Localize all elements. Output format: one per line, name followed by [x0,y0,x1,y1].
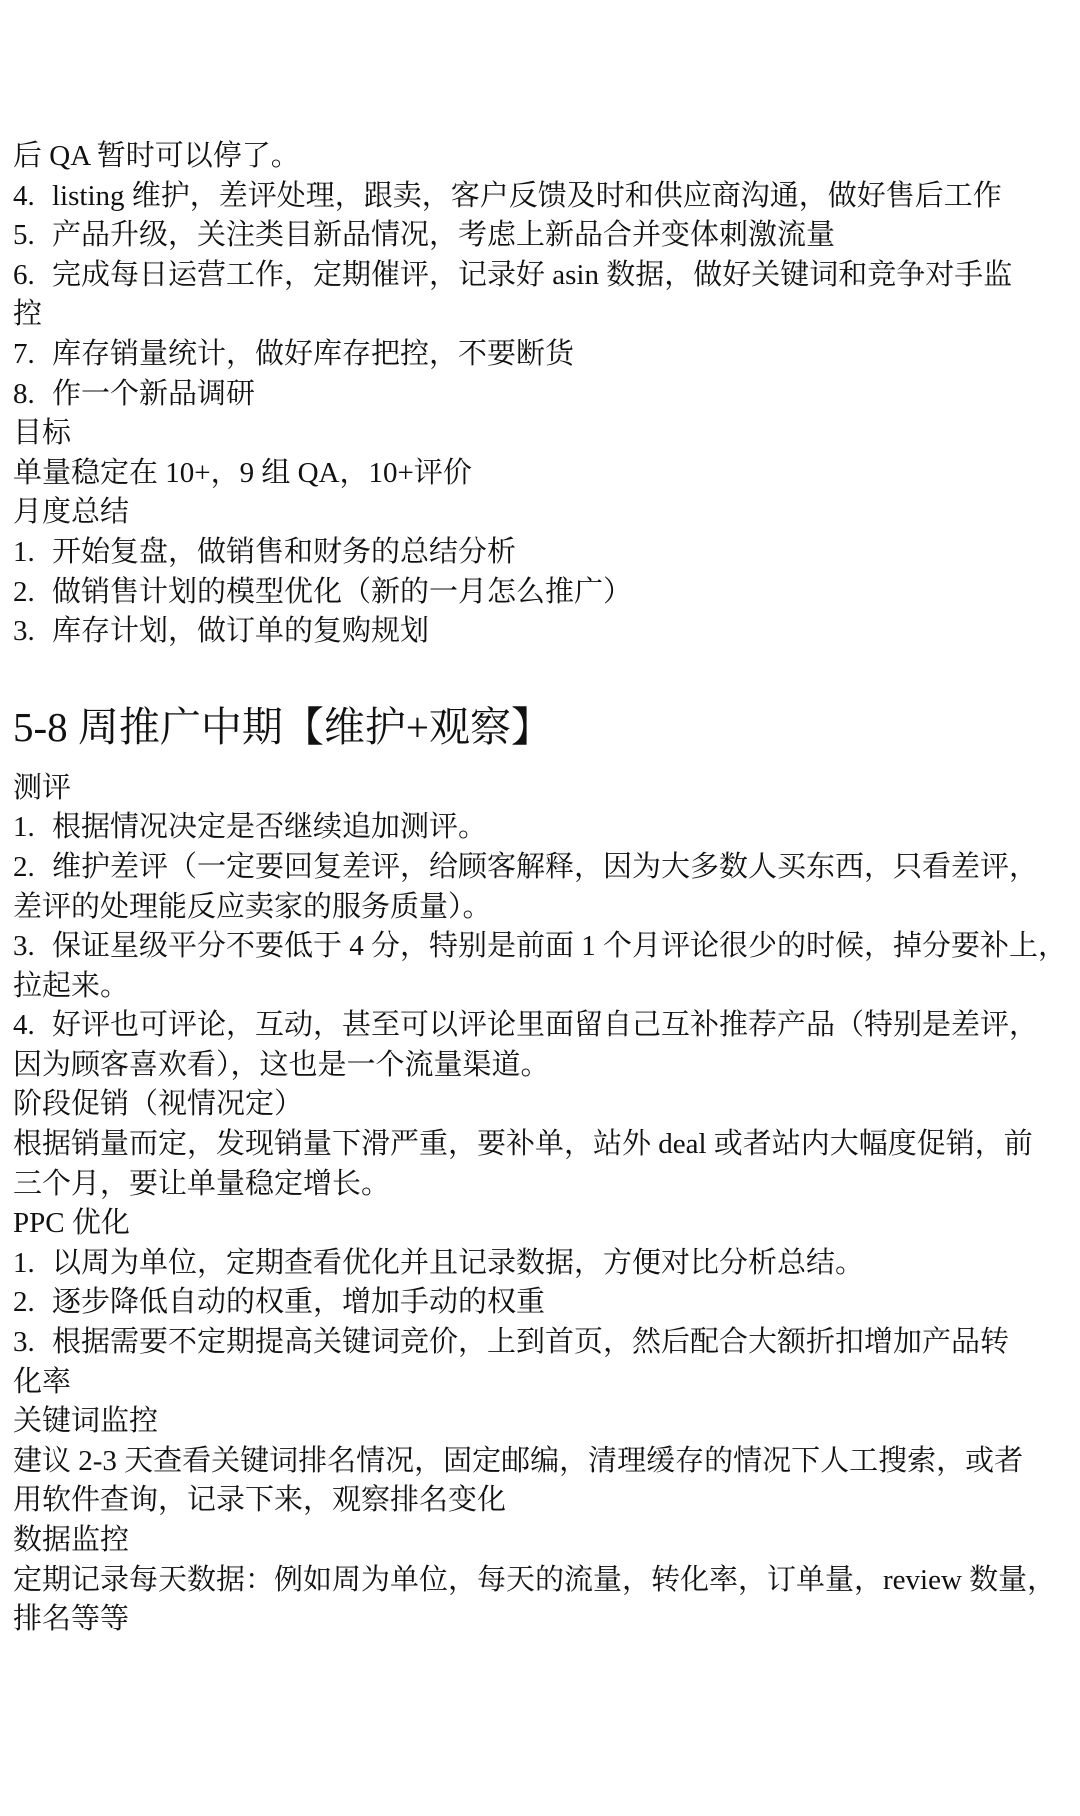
list-number: 2. [13,573,52,613]
list-item: 1.以周为单位，定期查看优化并且记录数据，方便对比分析总结。 [13,1244,1069,1284]
list-text: 根据需要不定期提高关键词竞价，上到首页，然后配合大额折扣增加产品转 [52,1326,1009,1358]
document-body: 后 QA 暂时可以停了。 4.listing 维护，差评处理，跟卖，客户反馈及时… [13,137,1069,1640]
list-item: 2.维护差评（一定要回复差评，给顾客解释，因为大多数人买东西，只看差评， [13,848,1069,888]
list-item-continuation: 差评的处理能反应卖家的服务质量）。 [13,888,1069,928]
list-item: 1.根据情况决定是否继续追加测评。 [13,808,1069,848]
paragraph-line: 建议 2-3 天查看关键词排名情况，固定邮编，清理缓存的情况下人工搜索，或者 [13,1442,1069,1482]
list-text: 完成每日运营工作，定期催评，记录好 asin 数据，做好关键词和竞争对手监 [52,259,1012,291]
list-number: 8. [13,375,52,415]
list-item: 3.根据需要不定期提高关键词竞价，上到首页，然后配合大额折扣增加产品转 [13,1323,1069,1363]
list-number: 4. [13,1006,52,1046]
subheading-keyword-monitoring: 关键词监控 [13,1402,1069,1442]
list-number: 5. [13,216,52,256]
list-item: 2.逐步降低自动的权重，增加手动的权重 [13,1283,1069,1323]
list-item: 7.库存销量统计，做好库存把控，不要断货 [13,335,1069,375]
section-weeks-1-4-continued: 后 QA 暂时可以停了。 4.listing 维护，差评处理，跟卖，客户反馈及时… [13,137,1069,652]
list-text: 维护差评（一定要回复差评，给顾客解释，因为大多数人买东西，只看差评， [52,851,1038,883]
list-text: 库存计划，做订单的复购规划 [52,615,429,647]
list-text: listing 维护，差评处理，跟卖，客户反馈及时和供应商沟通，做好售后工作 [52,180,1002,212]
list-number: 3. [13,1323,52,1363]
list-item: 3.保证星级平分不要低于 4 分，特别是前面 1 个月评论很少的时候，掉分要补上… [13,927,1069,967]
subheading-review-test: 测评 [13,769,1069,809]
list-item-continuation: 因为顾客喜欢看），这也是一个流量渠道。 [13,1046,1069,1086]
list-item: 4.好评也可评论，互动，甚至可以评论里面留自己互补推荐产品（特别是差评， [13,1006,1069,1046]
list-number: 4. [13,177,52,217]
subheading-data-monitoring: 数据监控 [13,1521,1069,1561]
list-number: 1. [13,1244,52,1284]
list-text: 好评也可评论，互动，甚至可以评论里面留自己互补推荐产品（特别是差评， [52,1009,1038,1041]
list-text: 保证星级平分不要低于 4 分，特别是前面 1 个月评论很少的时候，掉分要补上， [52,930,1067,962]
paragraph-line: 用软件查询，记录下来，观察排名变化 [13,1481,1069,1521]
list-text: 做销售计划的模型优化（新的一月怎么推广） [52,576,632,608]
subheading-stage-promotion: 阶段促销（视情况定） [13,1085,1069,1125]
goal-text: 单量稳定在 10+，9 组 QA，10+评价 [13,454,1069,494]
list-text: 逐步降低自动的权重，增加手动的权重 [52,1286,545,1318]
list-number: 2. [13,1283,52,1323]
section-heading: 5-8 周推广中期【维护+观察】 [13,701,1069,753]
list-number: 3. [13,927,52,967]
list-item: 4.listing 维护，差评处理，跟卖，客户反馈及时和供应商沟通，做好售后工作 [13,177,1069,217]
list-item-continuation: 拉起来。 [13,967,1069,1007]
list-number: 6. [13,256,52,296]
list-text: 产品升级，关注类目新品情况，考虑上新品合并变体刺激流量 [52,219,835,251]
list-number: 2. [13,848,52,888]
subheading-ppc: PPC 优化 [13,1204,1069,1244]
list-number: 7. [13,335,52,375]
list-text: 作一个新品调研 [52,378,255,410]
list-number: 1. [13,533,52,573]
list-item: 6.完成每日运营工作，定期催评，记录好 asin 数据，做好关键词和竞争对手监 [13,256,1069,296]
paragraph-line: 后 QA 暂时可以停了。 [13,137,1069,177]
paragraph-line: 定期记录每天数据：例如周为单位，每天的流量，转化率，订单量，review 数量， [13,1561,1069,1601]
paragraph-line: 三个月，要让单量稳定增长。 [13,1165,1069,1205]
list-text: 库存销量统计，做好库存把控，不要断货 [52,338,574,370]
subheading-monthly-summary: 月度总结 [13,493,1069,533]
list-text: 以周为单位，定期查看优化并且记录数据，方便对比分析总结。 [52,1247,864,1279]
list-item: 1.开始复盘，做销售和财务的总结分析 [13,533,1069,573]
list-item: 2.做销售计划的模型优化（新的一月怎么推广） [13,573,1069,613]
list-text: 根据情况决定是否继续追加测评。 [52,811,487,843]
subheading-goal: 目标 [13,414,1069,454]
list-text: 开始复盘，做销售和财务的总结分析 [52,536,516,568]
list-item: 3.库存计划，做订单的复购规划 [13,612,1069,652]
list-number: 3. [13,612,52,652]
list-item-continuation: 化率 [13,1363,1069,1403]
paragraph-line: 排名等等 [13,1600,1069,1640]
list-item: 5.产品升级，关注类目新品情况，考虑上新品合并变体刺激流量 [13,216,1069,256]
list-item-continuation: 控 [13,295,1069,335]
paragraph-line: 根据销量而定，发现销量下滑严重，要补单，站外 deal 或者站内大幅度促销，前 [13,1125,1069,1165]
list-number: 1. [13,808,52,848]
section-weeks-5-8: 5-8 周推广中期【维护+观察】 测评 1.根据情况决定是否继续追加测评。 2.… [13,701,1069,1640]
list-item: 8.作一个新品调研 [13,375,1069,415]
